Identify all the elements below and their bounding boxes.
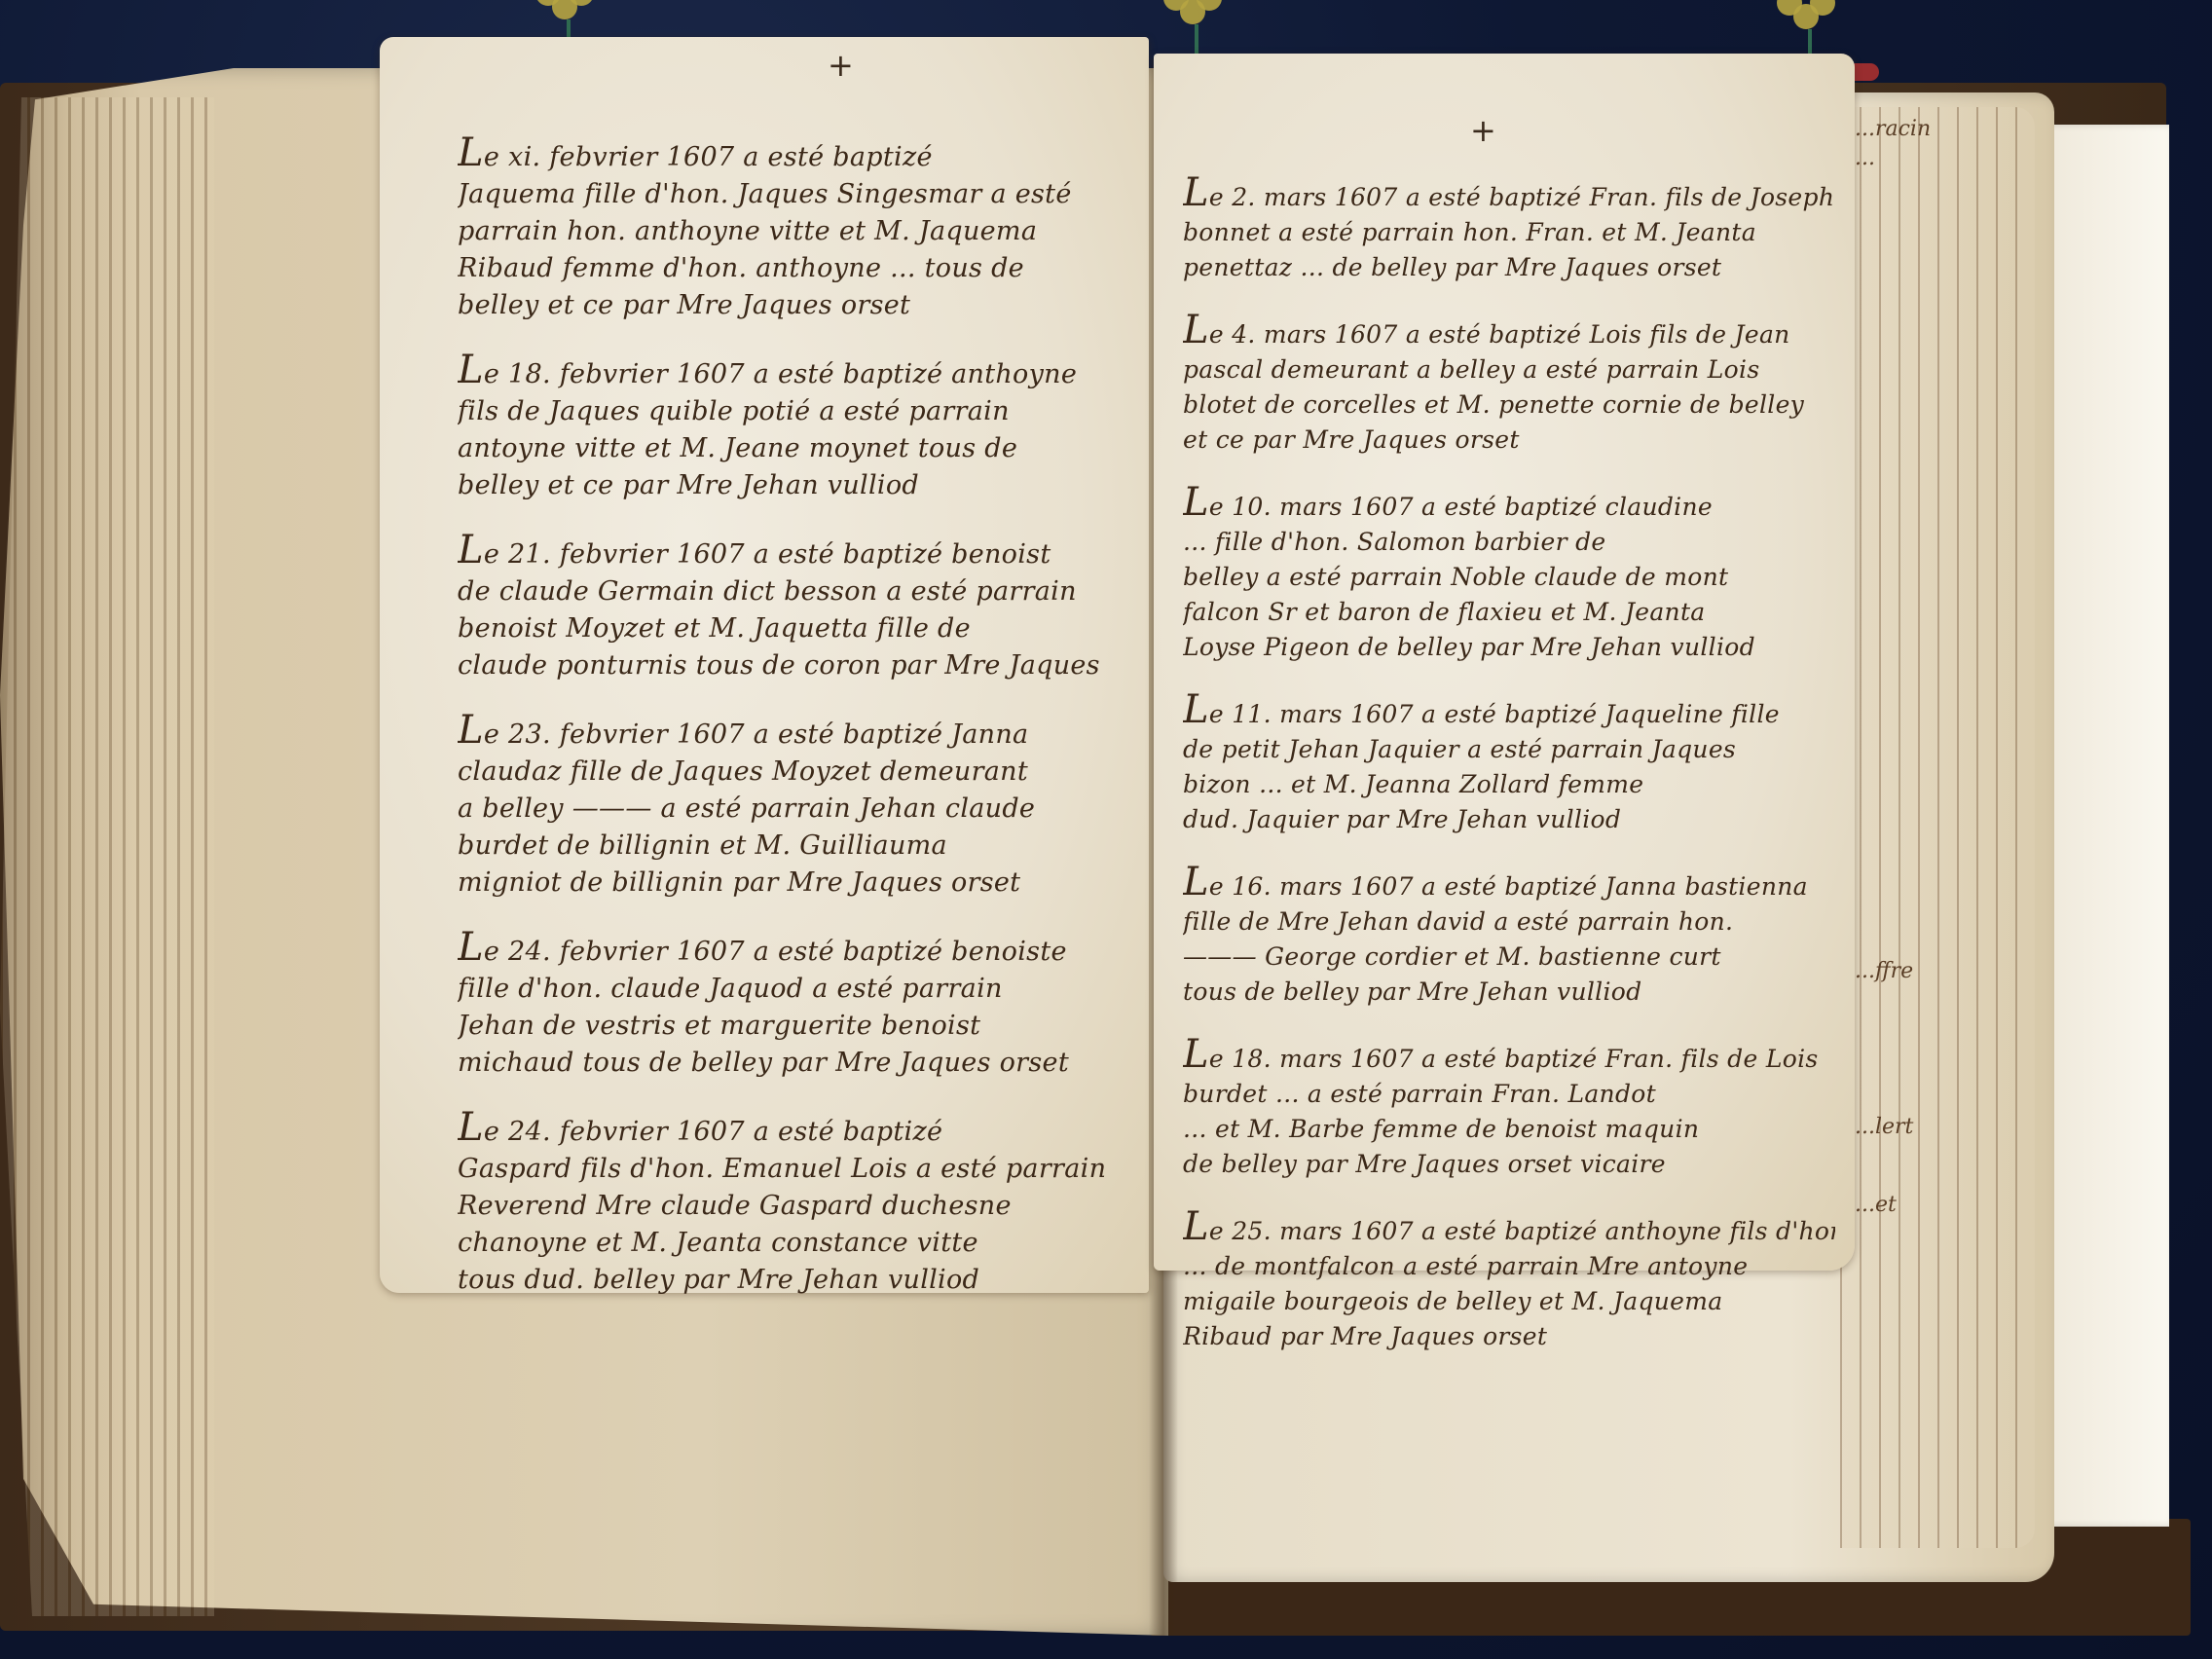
entry-date-line: Le 2. mars 1607 a esté baptizé Fran. fil… [1183, 175, 1835, 215]
entry-text-line: Loyse Pigeon de belley par Mre Jehan vul… [1183, 630, 1835, 665]
entry-text-line: belley et ce par Mre Jaques orset [458, 287, 1129, 324]
entry-text-line: benoist Moyzet et M. Jaquetta fille de [458, 610, 1129, 647]
entry-text-line: ——— George cordier et M. bastienne curt [1183, 940, 1835, 975]
entry-text-line: belley a esté parrain Noble claude de mo… [1183, 560, 1835, 595]
margin-note: ...ffre [1855, 959, 1913, 983]
entry-date-line: Le 24. febvrier 1607 a esté baptizé [458, 1109, 1129, 1151]
baptism-entry: Le xi. febvrier 1607 a esté baptizéJaque… [458, 134, 1129, 324]
entry-text-line: Ribaud par Mre Jaques orset [1183, 1319, 1835, 1354]
entry-text-line: bizon ... et M. Jeanna Zollard femme [1183, 767, 1835, 802]
entry-date-line: Le 16. mars 1607 a esté baptizé Janna ba… [1183, 865, 1835, 904]
entry-date-line: Le 4. mars 1607 a esté baptizé Lois fils… [1183, 313, 1835, 352]
entry-text-line: ... et M. Barbe femme de benoist maquin [1183, 1112, 1835, 1147]
baptism-entry: Le 23. febvrier 1607 a esté baptizé Jann… [458, 712, 1129, 902]
margin-note: ... [1855, 146, 1875, 170]
entry-date-line: Le 10. mars 1607 a esté baptizé claudine [1183, 485, 1835, 525]
entry-date-line: Le 24. febvrier 1607 a esté baptizé beno… [458, 929, 1129, 971]
margin-note: ...et [1855, 1193, 1897, 1217]
cross-mark-icon: + [1470, 112, 1496, 149]
entry-text-line: bonnet a esté parrain hon. Fran. et M. J… [1183, 215, 1835, 250]
left-register-leaf: + Le xi. febvrier 1607 a esté baptizéJaq… [380, 37, 1149, 1293]
entry-text-line: ... de montfalcon a esté parrain Mre ant… [1183, 1249, 1835, 1284]
entry-date-line: Le 21. febvrier 1607 a esté baptizé beno… [458, 532, 1129, 573]
margin-note: ...racin [1855, 117, 1931, 141]
entry-text-line: claude ponturnis tous de coron par Mre J… [458, 647, 1129, 684]
left-page-edges [0, 97, 214, 1616]
entry-text-line: de claude Germain dict besson a esté par… [458, 573, 1129, 610]
entry-date-line: Le 18. febvrier 1607 a esté baptizé anth… [458, 351, 1129, 393]
entry-text-line: tous dud. belley par Mre Jehan vulliod [458, 1262, 1129, 1299]
entry-text-line: migaile bourgeois de belley et M. Jaquem… [1183, 1284, 1835, 1319]
baptism-entry: Le 16. mars 1607 a esté baptizé Janna ba… [1183, 865, 1835, 1010]
right-entries: Le 2. mars 1607 a esté baptizé Fran. fil… [1183, 175, 1835, 1382]
entry-text-line: Jehan de vestris et marguerite benoist [458, 1008, 1129, 1045]
entry-text-line: dud. Jaquier par Mre Jehan vulliod [1183, 802, 1835, 837]
entry-date-line: Le 11. mars 1607 a esté baptizé Jaquelin… [1183, 692, 1835, 732]
entry-text-line: de belley par Mre Jaques orset vicaire [1183, 1147, 1835, 1182]
left-entries: Le xi. febvrier 1607 a esté baptizéJaque… [458, 134, 1129, 1326]
entry-text-line: parrain hon. anthoyne vitte et M. Jaquem… [458, 213, 1129, 250]
embroidered-flower-icon [1767, 0, 1855, 49]
baptism-entry: Le 18. mars 1607 a esté baptizé Fran. fi… [1183, 1037, 1835, 1182]
entry-text-line: pascal demeurant a belley a esté parrain… [1183, 352, 1835, 387]
entry-text-line: a belley ——— a esté parrain Jehan claude [458, 791, 1129, 828]
entry-date-line: Le xi. febvrier 1607 a esté baptizé [458, 134, 1129, 176]
entry-text-line: fille de Mre Jehan david a esté parrain … [1183, 904, 1835, 940]
embroidered-flower-icon [1154, 0, 1241, 44]
entry-text-line: falcon Sr et baron de flaxieu et M. Jean… [1183, 595, 1835, 630]
right-register-leaf: + Le 2. mars 1607 a esté baptizé Fran. f… [1154, 54, 1855, 1271]
entry-text-line: antoyne vitte et M. Jeane moynet tous de [458, 430, 1129, 467]
entry-text-line: tous de belley par Mre Jehan vulliod [1183, 975, 1835, 1010]
entry-text-line: burdet ... a esté parrain Fran. Landot [1183, 1077, 1835, 1112]
baptism-entry: Le 18. febvrier 1607 a esté baptizé anth… [458, 351, 1129, 504]
entry-text-line: claudaz fille de Jaques Moyzet demeurant [458, 754, 1129, 791]
entry-text-line: Jaquema fille d'hon. Jaques Singesmar a … [458, 176, 1129, 213]
baptism-entry: Le 4. mars 1607 a esté baptizé Lois fils… [1183, 313, 1835, 458]
entry-text-line: blotet de corcelles et M. penette cornie… [1183, 387, 1835, 423]
entry-text-line: et ce par Mre Jaques orset [1183, 423, 1835, 458]
baptism-entry: Le 25. mars 1607 a esté baptizé anthoyne… [1183, 1209, 1835, 1354]
entry-date-line: Le 25. mars 1607 a esté baptizé anthoyne… [1183, 1209, 1835, 1249]
entry-text-line: migniot de billignin par Mre Jaques orse… [458, 865, 1129, 902]
baptism-entry: Le 24. febvrier 1607 a esté baptizé beno… [458, 929, 1129, 1082]
entry-text-line: fille d'hon. claude Jaquod a esté parrai… [458, 971, 1129, 1008]
entry-text-line: Reverend Mre claude Gaspard duchesne [458, 1188, 1129, 1225]
cross-mark-icon: + [828, 47, 854, 84]
entry-text-line: ... fille d'hon. Salomon barbier de [1183, 525, 1835, 560]
baptism-entry: Le 24. febvrier 1607 a esté baptizéGaspa… [458, 1109, 1129, 1299]
entry-text-line: chanoyne et M. Jeanta constance vitte [458, 1225, 1129, 1262]
embroidered-flower-icon [526, 0, 613, 39]
entry-date-line: Le 23. febvrier 1607 a esté baptizé Jann… [458, 712, 1129, 754]
entry-text-line: belley et ce par Mre Jehan vulliod [458, 467, 1129, 504]
entry-text-line: burdet de billignin et M. Guilliauma [458, 828, 1129, 865]
baptism-entry: Le 2. mars 1607 a esté baptizé Fran. fil… [1183, 175, 1835, 285]
entry-date-line: Le 18. mars 1607 a esté baptizé Fran. fi… [1183, 1037, 1835, 1077]
entry-text-line: Ribaud femme d'hon. anthoyne ... tous de [458, 250, 1129, 287]
baptism-entry: Le 11. mars 1607 a esté baptizé Jaquelin… [1183, 692, 1835, 837]
entry-text-line: penettaz ... de belley par Mre Jaques or… [1183, 250, 1835, 285]
baptism-entry: Le 10. mars 1607 a esté baptizé claudine… [1183, 485, 1835, 665]
entry-text-line: de petit Jehan Jaquier a esté parrain Ja… [1183, 732, 1835, 767]
baptism-entry: Le 21. febvrier 1607 a esté baptizé beno… [458, 532, 1129, 684]
entry-text-line: fils de Jaques quible potié a esté parra… [458, 393, 1129, 430]
margin-note: ...lert [1855, 1115, 1913, 1139]
entry-text-line: Gaspard fils d'hon. Emanuel Lois a esté … [458, 1151, 1129, 1188]
entry-text-line: michaud tous de belley par Mre Jaques or… [458, 1045, 1129, 1082]
right-page-edges [1840, 107, 2035, 1548]
